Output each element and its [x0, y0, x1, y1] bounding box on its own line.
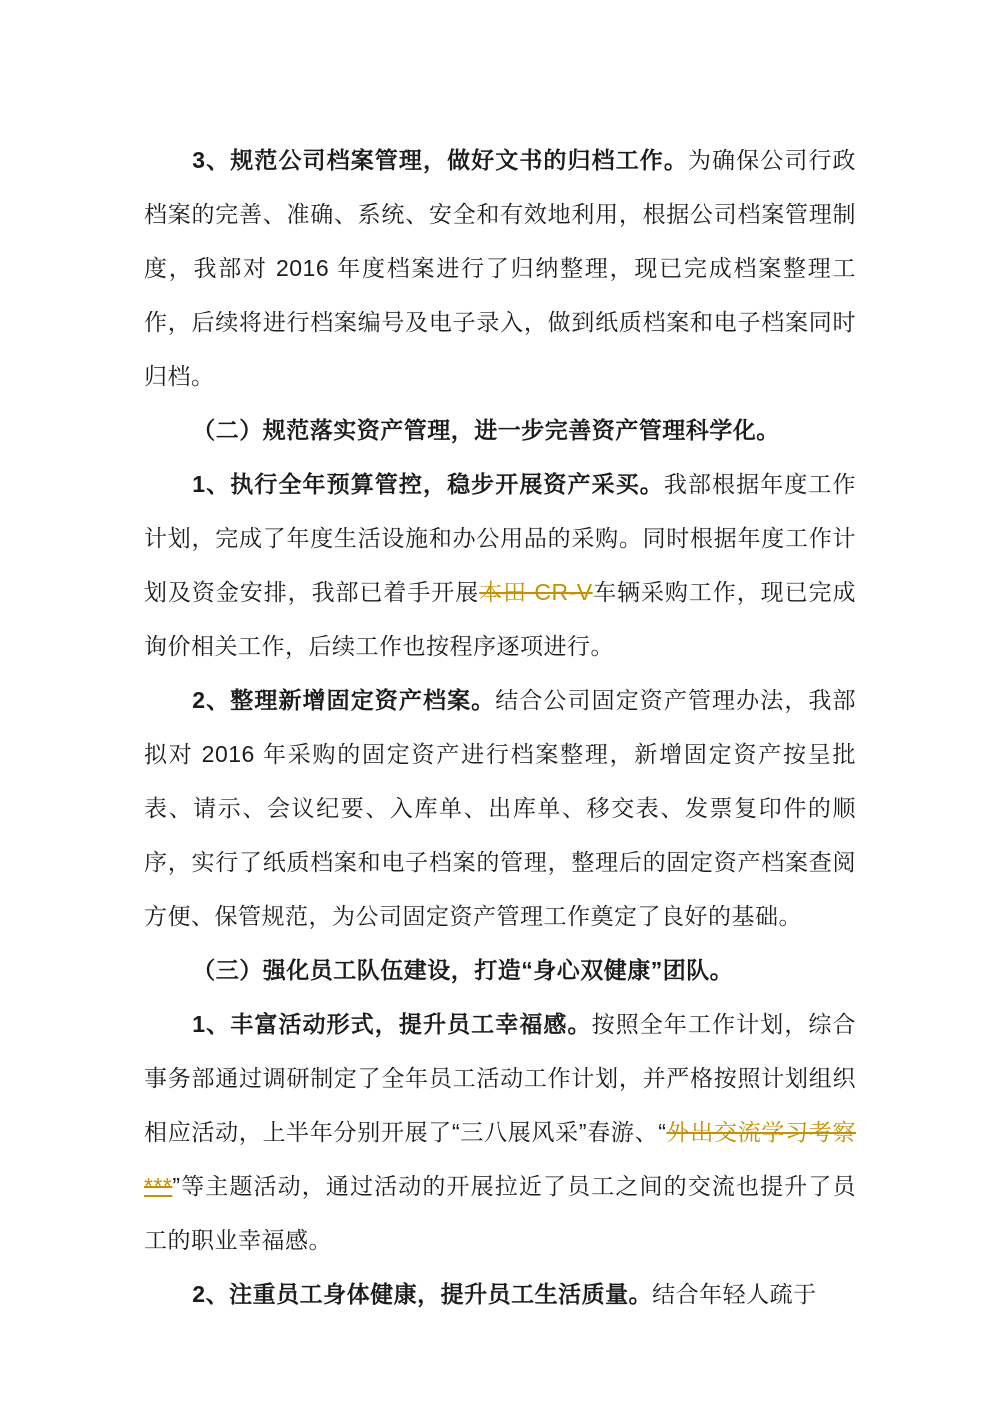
text-run-bold: 2、整理新增固定资产档案。	[192, 687, 495, 713]
paragraph: （三）强化员工队伍建设，打造“身心双健康”团队。	[144, 943, 856, 997]
text-run-deleted: 本田 CR-V	[479, 579, 592, 605]
paragraph: 3、规范公司档案管理，做好文书的归档工作。为确保公司行政档案的完善、准确、系统、…	[144, 133, 856, 403]
paragraph: 1、丰富活动形式，提升员工幸福感。按照全年工作计划，综合事务部通过调研制定了全年…	[144, 997, 856, 1267]
paragraph: 2、注重员工身体健康，提升员工生活质量。结合年轻人疏于	[144, 1267, 856, 1321]
text-run: ”等主题活动，通过活动的开展拉近了员工之间的交流也提升了员工的职业幸福感。	[144, 1173, 856, 1253]
paragraph: 1、执行全年预算管控，稳步开展资产采买。我部根据年度工作计划，完成了年度生活设施…	[144, 457, 856, 673]
paragraph: 2、整理新增固定资产档案。结合公司固定资产管理办法，我部拟对 2016 年采购的…	[144, 673, 856, 943]
text-run-bold: 1、丰富活动形式，提升员工幸福感。	[192, 1011, 591, 1037]
text-run: 结合年轻人疏于	[652, 1281, 817, 1307]
text-run-deleted: 外出交流学习考察	[666, 1119, 856, 1145]
text-run: 结合公司固定资产管理办法，我部拟对 2016 年采购的固定资产进行档案整理，新增…	[144, 687, 856, 929]
paragraph: （二）规范落实资产管理，进一步完善资产管理科学化。	[144, 403, 856, 457]
document-body: 3、规范公司档案管理，做好文书的归档工作。为确保公司行政档案的完善、准确、系统、…	[144, 133, 856, 1321]
text-run-deleted-underline: ***	[144, 1173, 172, 1199]
text-run: 为确保公司行政档案的完善、准确、系统、安全和有效地利用，根据公司档案管理制度，我…	[144, 147, 856, 389]
text-run-bold: （三）强化员工队伍建设，打造“身心双健康”团队。	[192, 957, 733, 983]
text-run-bold: （二）规范落实资产管理，进一步完善资产管理科学化。	[192, 417, 780, 443]
document-page: 3、规范公司档案管理，做好文书的归档工作。为确保公司行政档案的完善、准确、系统、…	[0, 0, 1000, 1415]
text-run-bold: 1、执行全年预算管控，稳步开展资产采买。	[192, 471, 664, 497]
text-run-bold: 3、规范公司档案管理，做好文书的归档工作。	[192, 147, 688, 173]
text-run-bold: 2、注重员工身体健康，提升员工生活质量。	[192, 1281, 652, 1307]
